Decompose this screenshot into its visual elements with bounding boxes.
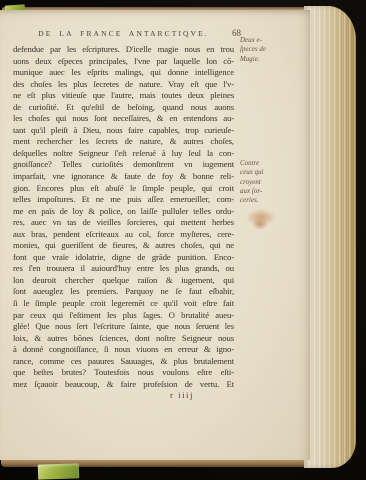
page-header: DE LA FRANCE ANTARCTIQVE. 68 [13,29,234,41]
text-line: lon deuroit chercher quelque raiſon & iu… [13,275,234,287]
ink-stain-small [252,219,268,230]
text-line: de curioſité. Et qu'eſtil de beſoing, qu… [13,102,234,114]
text-line: gnoiſſance? Telles curioſités demonſtren… [13,159,234,171]
text-line: res, auec vn tas de vieilles ſorcieres, … [13,217,234,229]
text-line: telles impoſtures. Et ne me puis aſſez e… [13,194,234,206]
text-line: imparfait, vne ignorance & faute de foy … [13,171,234,183]
margin-note-magie: Deux e- ſpeces de Magie. [240,36,280,64]
margin-note-line: Magie. [240,55,280,64]
margin-note-line: Contre [240,159,280,168]
running-title: DE LA FRANCE ANTARCTIQVE. [13,29,234,38]
ribbon-bookmark-bottom [38,463,79,479]
text-line: munique auec les eſprits malings, qui do… [13,67,234,79]
margin-note-line: aux ſor- [240,187,280,196]
book-fore-edge [304,6,356,468]
text-line: loix, & autres bōnes ſciences, dont noſt… [13,333,234,345]
text-line: ſi le ſimple peuple croit legeremēt ce q… [13,298,234,310]
text-line: par ceux qui ſ'eſtiment les plus ſages. … [13,310,234,322]
text-line: aux bras, pendent eſcriteaux au col, for… [13,229,234,241]
text-line: ne eſt plus vitieuſe que l'autre, mais t… [13,90,234,102]
text-line: ſont aueuglez les premiers. Parquoy ne ſ… [13,286,234,298]
text-line: font que vraïe idolatrie, digne de grāde… [13,252,234,264]
margin-note-line: ceries. [240,196,280,205]
text-line: les choſes qui nous ſont neceſſaires, & … [13,113,234,125]
margin-note-line: ceux qui [240,168,280,177]
signature-mark: r iiij [13,390,234,401]
margin-note-line: ſpeces de [240,45,280,54]
margin-note-line: croyent [240,178,280,187]
text-line: tant qu'il pleiſt à Dieu, nous faire cap… [13,125,234,137]
text-line: deſquelles noſtre Seigneur ſ'eſt reſerué… [13,148,234,160]
text-line: des choſes les plus ſecretes de nature. … [13,79,234,91]
text-line: defendue par les eſcriptures. D'icelle m… [13,44,234,56]
text-block: DE LA FRANCE ANTARCTIQVE. 68 defendue pa… [13,29,234,401]
book-page: DE LA FRANCE ANTARCTIQVE. 68 defendue pa… [0,10,310,460]
text-line: mez ſçauoir beaucoup, & faire profeſsion… [13,379,234,391]
text-line: que beſtes brutes? Toutesfois nous voulo… [13,367,234,379]
text-line: ment rechercher les ſecrets de nature, &… [13,136,234,148]
text-line: rance, comme ces pauures Sauuages, & plu… [13,356,234,368]
text-line: à donné congnoiſſance, ſi nous viuons en… [13,344,234,356]
margin-note-line: Deux e- [240,36,280,45]
body-text: defendue par les eſcriptures. D'icelle m… [13,44,234,390]
text-line: uons deux eſpeces principales, l'vne par… [13,56,234,68]
book-photo: DE LA FRANCE ANTARCTIQVE. 68 defendue pa… [0,0,366,480]
text-line: glée! Que nous ſert l'eſcriture ſainte, … [13,321,234,333]
margin-note-sorciers: Contre ceux qui croyent aux ſor- ceries. [240,159,280,205]
text-line: gion. Encores plus eſt abuſé le ſimple p… [13,183,234,195]
text-line: me en païs de loy & police, on laiſſe pu… [13,206,234,218]
text-line: monies, qui gueriſſent de fieures, & aut… [13,240,234,252]
text-line: res ſ'en trouuera il auiourd'huy entre l… [13,263,234,275]
